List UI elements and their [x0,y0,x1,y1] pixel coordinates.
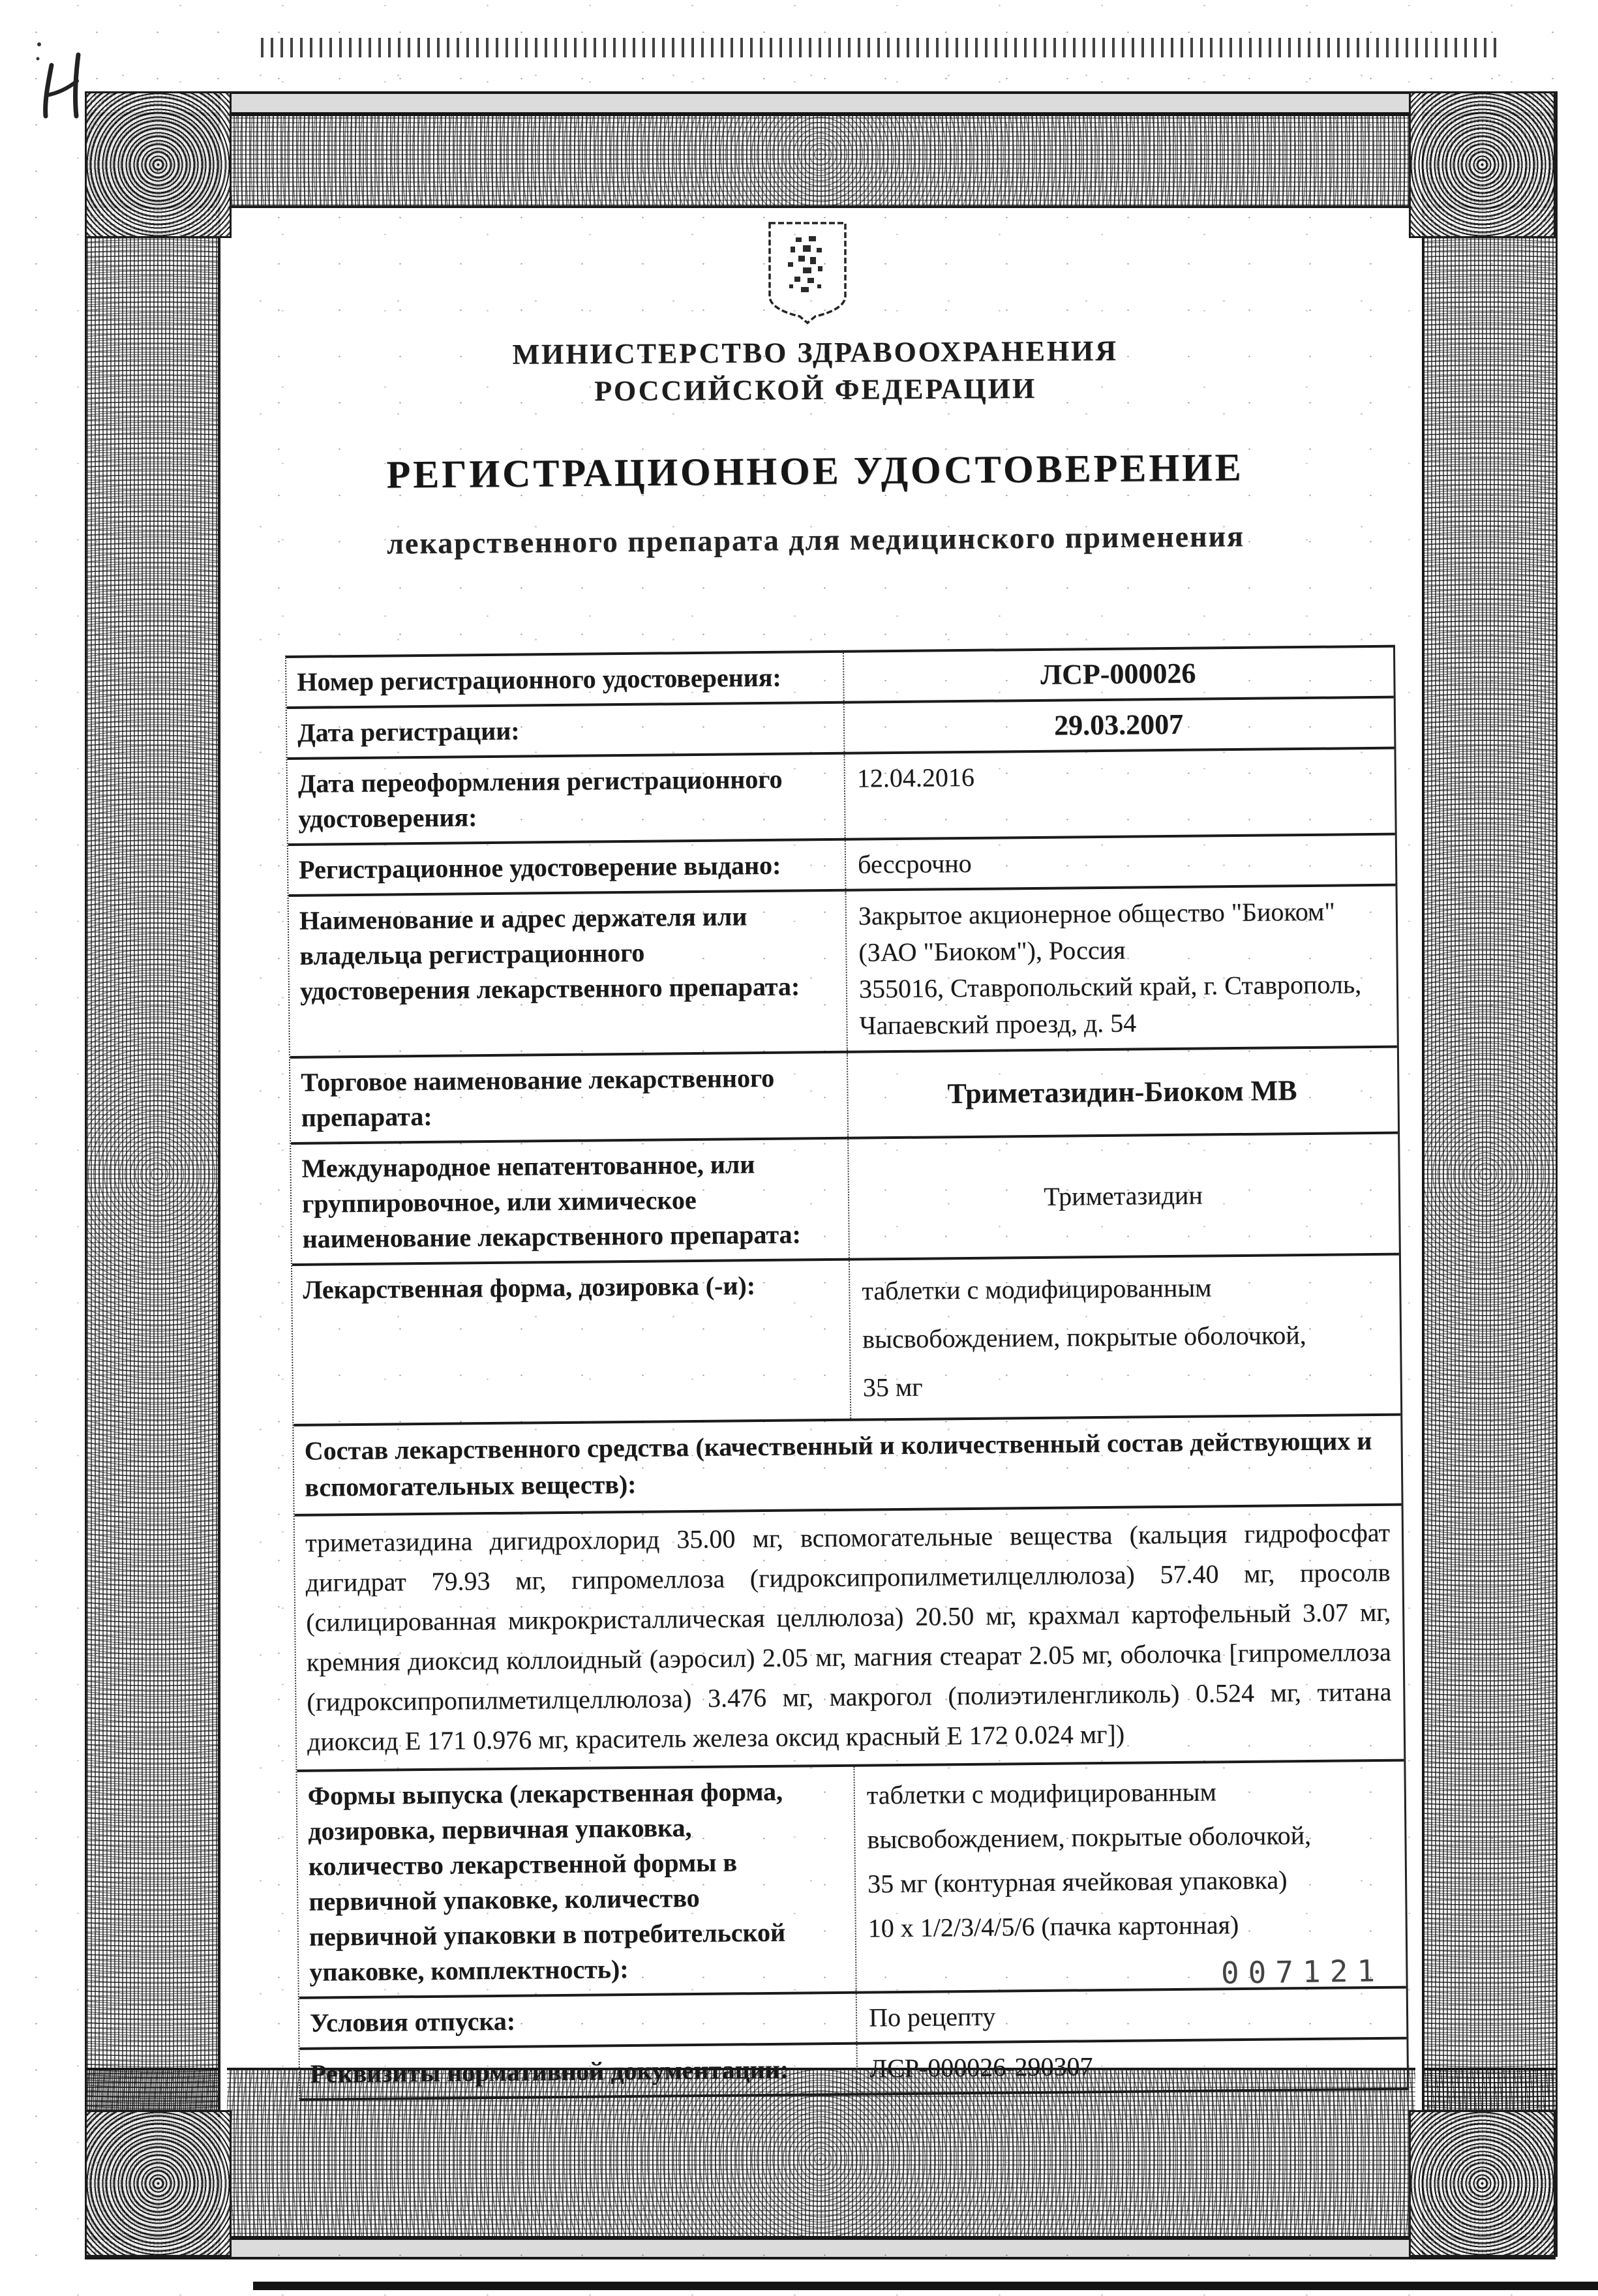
ministry-line1: МИНИСТЕРСТВО ЗДРАВООХРАНЕНИЯ [375,331,1256,374]
table-row: Дата регистрации: 29.03.2007 [287,696,1394,757]
table-row: Международное непатентованное, или групп… [291,1132,1399,1263]
row-value: По рецепту [857,1989,1407,2042]
table-row: Наименование и адрес держателя или владе… [289,884,1397,1056]
row-value: таблетки с модифицированным высвобождени… [850,1256,1400,1419]
border-corner-rosette [85,2110,232,2257]
border-corner-rosette [1409,2110,1556,2257]
border-corner-rosette [1409,91,1556,238]
row-value: 12.04.2016 [845,749,1394,838]
table-row-composition-body: триметазидина дигидрохлорид 35.00 мг, вс… [295,1503,1404,1770]
table-row: Дата переоформления регистрационного удо… [287,747,1394,843]
russia-coat-of-arms-icon [762,219,853,327]
row-value: Закрытое акционерное общество "Биоком" (… [847,886,1397,1051]
row-label: Торговое наименование лекарственного пре… [290,1053,849,1142]
row-value: ЛСР-000026 [844,648,1394,701]
ministry-header: МИНИСТЕРСТВО ЗДРАВООХРАНЕНИЯ РОССИЙСКОЙ … [375,331,1256,411]
row-label: Дата переоформления регистрационного удо… [288,755,846,843]
scanned-certificate-page: МИНИСТЕРСТВО ЗДРАВООХРАНЕНИЯ РОССИЙСКОЙ … [0,0,1598,2296]
row-value: ЛСР-000026-290307 [857,2040,1407,2093]
row-label: Лекарственная форма, дозировка (-и): [292,1261,851,1424]
border-corner-rosette [85,91,232,238]
table-row-composition-header: Состав лекарственного средства (качестве… [294,1413,1401,1514]
document-title: РЕГИСТРАЦИОННОЕ УДОСТОВЕРЕНИЕ [241,444,1389,498]
row-label: Реквизиты нормативной документации: [300,2045,858,2098]
composition-text: триметазидина дигидрохлорид 35.00 мг, вс… [295,1506,1404,1770]
ministry-line2: РОССИЙСКОЙ ФЕДЕРАЦИИ [375,369,1256,411]
document-subtitle: лекарственного препарата для медицинског… [241,517,1389,562]
certificate-table: Номер регистрационного удостоверения: ЛС… [285,645,1409,2101]
row-label: Дата регистрации: [287,704,845,757]
row-label: Номер регистрационного удостоверения: [286,653,845,706]
border-band-top [85,91,1556,215]
handwritten-mark [31,39,103,124]
table-row: Реквизиты нормативной документации: ЛСР-… [299,2037,1407,2098]
row-label: Регистрационное удостоверение выдано: [288,841,847,894]
border-band-left [85,91,227,2257]
row-label: Формы выпуска (лекарственная форма, дози… [297,1767,856,1997]
row-label: Международное непатентованное, или групп… [291,1140,850,1263]
row-label: Условия отпуска: [299,1994,858,2047]
row-value: Триметазидин [849,1134,1399,1258]
row-value: Триметазидин-Биоком МВ [848,1048,1398,1137]
scan-edge-bar [253,2282,1598,2290]
border-band-right [1415,91,1558,2257]
table-row: Торговое наименование лекарственного пре… [290,1046,1398,1142]
table-row: Лекарственная форма, дозировка (-и): таб… [292,1253,1400,1424]
row-label: Наименование и адрес держателя или владе… [289,892,848,1056]
row-value: бессрочно [846,836,1396,889]
title-block: РЕГИСТРАЦИОННОЕ УДОСТОВЕРЕНИЕ лекарствен… [241,444,1389,562]
table-row: Условия отпуска: По рецепту [299,1986,1407,2047]
composition-header: Состав лекарственного средства (качестве… [294,1416,1401,1514]
stamp-serial-number: 007121 [1221,1953,1385,1990]
row-value: 29.03.2007 [845,699,1394,752]
table-row: Регистрационное удостоверение выдано: бе… [288,833,1396,894]
border-tick-strip [261,38,1500,57]
